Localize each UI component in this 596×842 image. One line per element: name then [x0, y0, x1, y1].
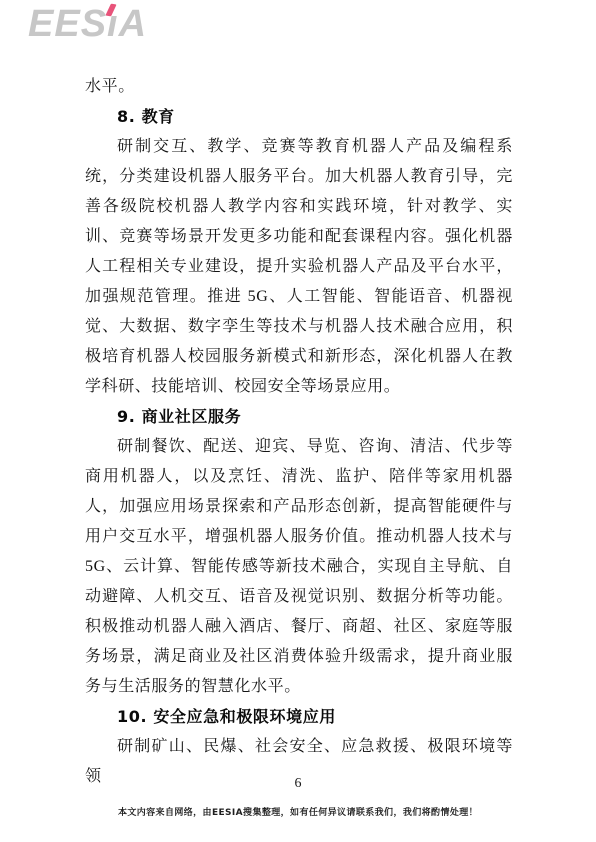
section-paragraph-9: 研制餐饮、配送、迎宾、导览、咨询、清洁、代步等商用机器人，以及烹饪、清洗、监护、… [85, 432, 513, 702]
logo-text-part1: EES [28, 3, 107, 45]
section-heading-9: 9. 商业社区服务 [85, 402, 513, 432]
section-paragraph-8: 研制交互、教学、竞赛等教育机器人产品及编程系统，分类建设机器人服务平台。加大机器… [85, 132, 513, 402]
logo-text-part3: A [119, 3, 147, 45]
section-heading-10: 10. 安全应急和极限环境应用 [85, 702, 513, 732]
document-page: EESiA 水平。 8. 教育 研制交互、教学、竞赛等教育机器人产品及编程系统，… [0, 0, 596, 842]
paragraph-continuation: 水平。 [85, 72, 513, 102]
logo-letter-i: i [107, 2, 119, 46]
eesia-logo: EESiA [28, 2, 147, 46]
section-heading-8: 8. 教育 [85, 102, 513, 132]
page-number: 6 [0, 776, 596, 792]
footer-disclaimer: 本文内容来自网络，由EESIA搜集整理，如有任何异议请联系我们，我们将酌情处理！ [0, 805, 596, 818]
document-body: 水平。 8. 教育 研制交互、教学、竞赛等教育机器人产品及编程系统，分类建设机器… [85, 72, 513, 792]
